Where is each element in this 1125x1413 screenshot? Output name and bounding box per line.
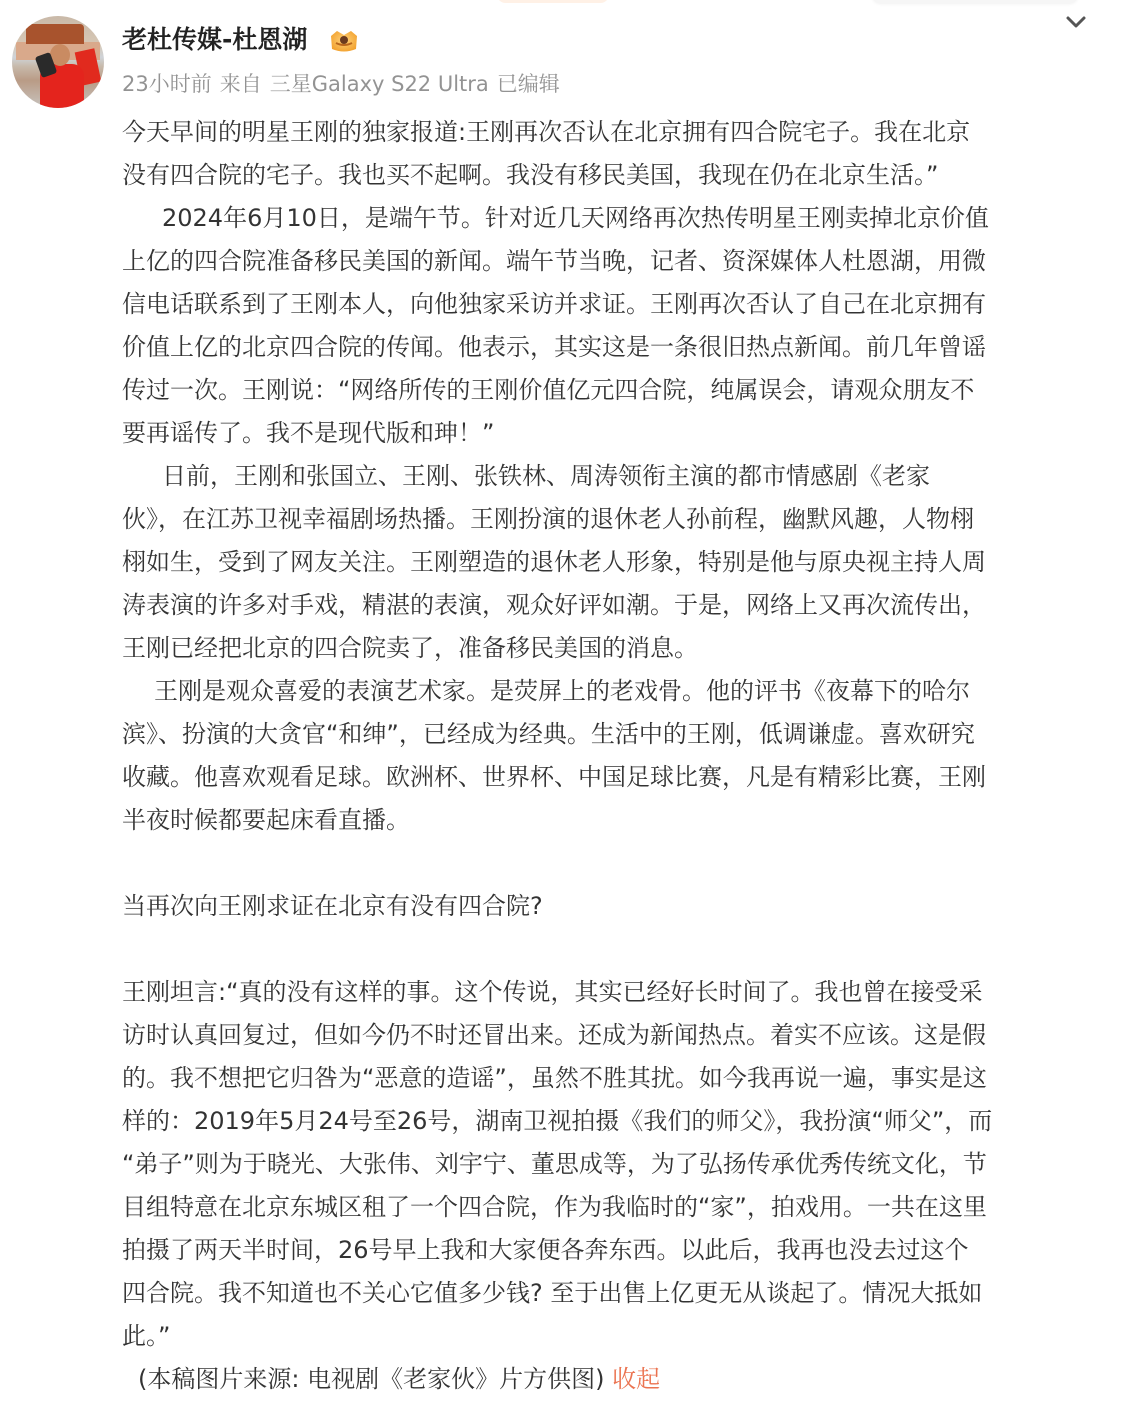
body-line: 今天早间的明星王刚的独家报道:王刚再次否认在北京拥有四合院宅子。我在北京 (122, 111, 1097, 154)
top-tab-fragment-left (497, 0, 609, 3)
post-source-prefix: 来自 (220, 72, 262, 96)
post-edited-label[interactable]: 已编辑 (497, 72, 560, 96)
blank-line (122, 842, 1097, 885)
image-source-note: (本稿图片来源: 电视剧《老家伙》片方供图) (138, 1365, 604, 1393)
body-line: 王刚已经把北京的四合院卖了，准备移民美国的消息。 (122, 627, 1097, 670)
body-line: 收藏。他喜欢观看足球。欧洲杯、世界杯、中国足球比赛，凡是有精彩比赛，王刚 (122, 756, 1097, 799)
body-line: 四合院。我不知道也不关心它值多少钱? 至于出售上亿更无从谈起了。情况大抵如 (122, 1272, 1097, 1315)
body-line: 目组特意在北京东城区租了一个四合院，作为我临时的“家”，拍戏用。一共在这里 (122, 1186, 1097, 1229)
image-source-row: (本稿图片来源: 电视剧《老家伙》片方供图) 收起 (122, 1358, 1097, 1401)
chevron-down-icon[interactable] (1064, 12, 1088, 32)
collapse-button[interactable]: 收起 (612, 1365, 660, 1393)
author-name[interactable]: 老杜传媒-杜恩湖 (122, 22, 307, 58)
body-line: 此。” (122, 1315, 1097, 1358)
body-line: “弟子”则为于晓光、大张伟、刘宇宁、董思成等，为了弘扬传承优秀传统文化，节 (122, 1143, 1097, 1186)
body-line: 滨》、扮演的大贪官“和绅”，已经成为经典。生活中的王刚，低调谦虚。喜欢研究 (122, 713, 1097, 756)
body-line: 日前，王刚和张国立、王刚、张铁林、周涛领衔主演的都市情感剧《老家 (122, 455, 1097, 498)
body-line: 2024年6月10日，是端午节。针对近几天网络再次热传明星王刚卖掉北京价值 (122, 197, 1097, 240)
post-meta: 23小时前来自三星Galaxy S22 Ultra已编辑 (122, 68, 568, 100)
body-line: 要再谣传了。我不是现代版和珅！” (122, 412, 1097, 455)
body-line: 拍摄了两天半时间，26号早上我和大家便各奔东西。以此后，我再也没去过这个 (122, 1229, 1097, 1272)
body-line: 样的：2019年5月24号至26号，湖南卫视拍摄《我们的师父》，我扮演“师父”，… (122, 1100, 1097, 1143)
body-line: 上亿的四合院准备移民美国的新闻。端午节当晚，记者、资深媒体人杜恩湖，用微 (122, 240, 1097, 283)
post-body: 今天早间的明星王刚的独家报道:王刚再次否认在北京拥有四合院宅子。我在北京 没有四… (122, 111, 1097, 1401)
body-line: 栩如生，受到了网友关注。王刚塑造的退休老人形象，特别是他与原央视主持人周 (122, 541, 1097, 584)
body-line: 王刚是观众喜爱的表演艺术家。是荧屏上的老戏骨。他的评书《夜幕下的哈尔 (122, 670, 1097, 713)
body-line: 信电话联系到了王刚本人，向他独家采访并求证。王刚再次否认了自己在北京拥有 (122, 283, 1097, 326)
body-line: 伙》，在江苏卫视幸福剧场热播。王刚扮演的退休老人孙前程，幽默风趣，人物栩 (122, 498, 1097, 541)
author-avatar[interactable] (12, 16, 104, 108)
body-line: 半夜时候都要起床看直播。 (122, 799, 1097, 842)
body-line: 的。我不想把它归咎为“恶意的造谣”，虽然不胜其扰。如今我再说一遍，事实是这 (122, 1057, 1097, 1100)
body-line: 传过一次。王刚说：“网络所传的王刚价值亿元四合院，纯属误会，请观众朋友不 (122, 369, 1097, 412)
avatar-bg-roof (26, 24, 84, 44)
body-line: 涛表演的许多对手戏，精湛的表演，观众好评如潮。于是，网络上又再次流传出， (122, 584, 1097, 627)
top-tab-fragment-right (872, 0, 1078, 3)
post-time[interactable]: 23小时前 (122, 72, 212, 96)
post-device: 三星Galaxy S22 Ultra (270, 72, 489, 96)
body-line: 王刚坦言:“真的没有这样的事。这个传说，其实已经好长时间了。我也曾在接受采 (122, 971, 1097, 1014)
body-line: 访时认真回复过，但如今仍不时还冒出来。还成为新闻热点。着实不应该。这是假 (122, 1014, 1097, 1057)
body-line: 没有四合院的宅子。我也买不起啊。我没有移民美国，我现在仍在北京生活。” (122, 154, 1097, 197)
vip-crown-badge-icon[interactable] (327, 27, 361, 55)
body-line: 当再次向王刚求证在北京有没有四合院? (122, 885, 1097, 928)
blank-line (122, 928, 1097, 971)
body-line: 价值上亿的北京四合院的传闻。他表示，其实这是一条很旧热点新闻。前几年曾谣 (122, 326, 1097, 369)
